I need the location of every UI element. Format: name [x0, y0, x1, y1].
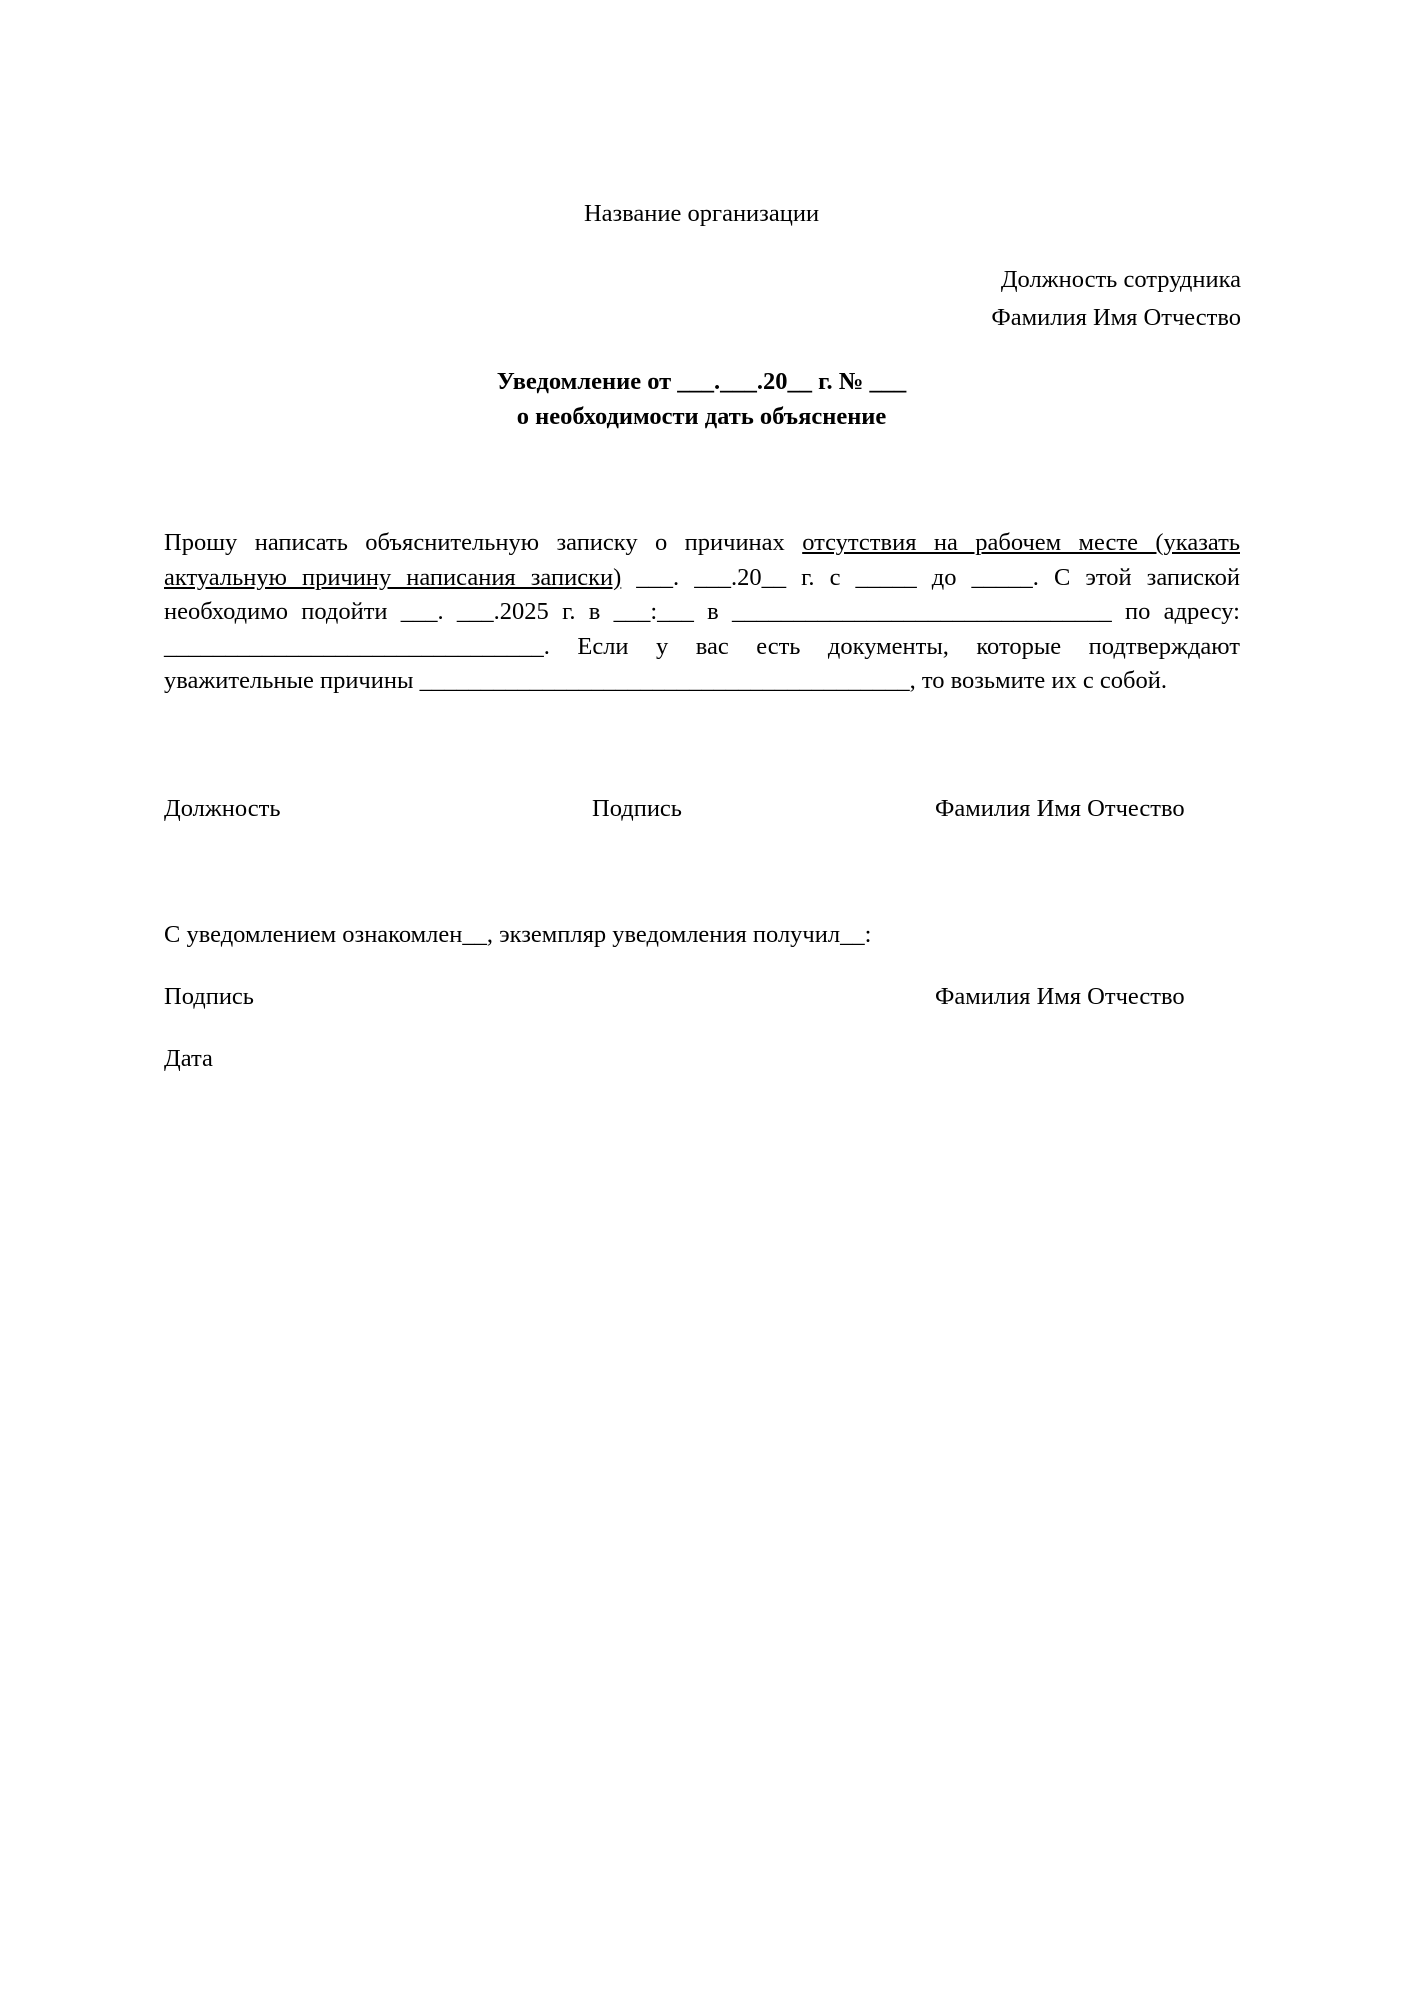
date-label: Дата: [164, 1045, 213, 1073]
notice-body: Прошу написать объяснительную записку о …: [164, 526, 1240, 699]
body-line-4: _______________________________. Если у …: [164, 630, 1240, 665]
recipient-full-name: Фамилия Имя Отчество: [991, 304, 1241, 332]
notice-title: Уведомление от ___.___.20__ г. № ___: [0, 368, 1403, 396]
recipient-position: Должность сотрудника: [1001, 266, 1241, 294]
employee-signature-label: Подпись: [164, 983, 254, 1011]
employee-name-label: Фамилия Имя Отчество: [935, 983, 1185, 1011]
body-line-1: Прошу написать объяснительную записку о …: [164, 526, 1240, 561]
reason-placeholder-cont: актуальную причину написания записки): [164, 564, 621, 591]
body-text-segment: ___. ___.20__ г. с _____ до _____. С это…: [621, 564, 1240, 591]
signer-position-label: Должность: [164, 795, 281, 823]
acknowledgement-text: С уведомлением ознакомлен__, экземпляр у…: [164, 921, 871, 949]
body-line-3: необходимо подойти ___. ___.2025 г. в __…: [164, 595, 1240, 630]
signer-signature-label: Подпись: [592, 795, 682, 823]
signer-name-label: Фамилия Имя Отчество: [935, 795, 1185, 823]
body-line-5: уважительные причины ___________________…: [164, 664, 1240, 699]
reason-placeholder: отсутствия на рабочем месте (указать: [802, 529, 1240, 556]
document-page: Название организации Должность сотрудник…: [0, 0, 1403, 1989]
body-line-2: актуальную причину написания записки) __…: [164, 561, 1240, 596]
notice-subtitle: о необходимости дать объяснение: [0, 403, 1403, 431]
body-text-segment: Прошу написать объяснительную записку о …: [164, 529, 802, 556]
organization-name: Название организации: [0, 200, 1403, 228]
